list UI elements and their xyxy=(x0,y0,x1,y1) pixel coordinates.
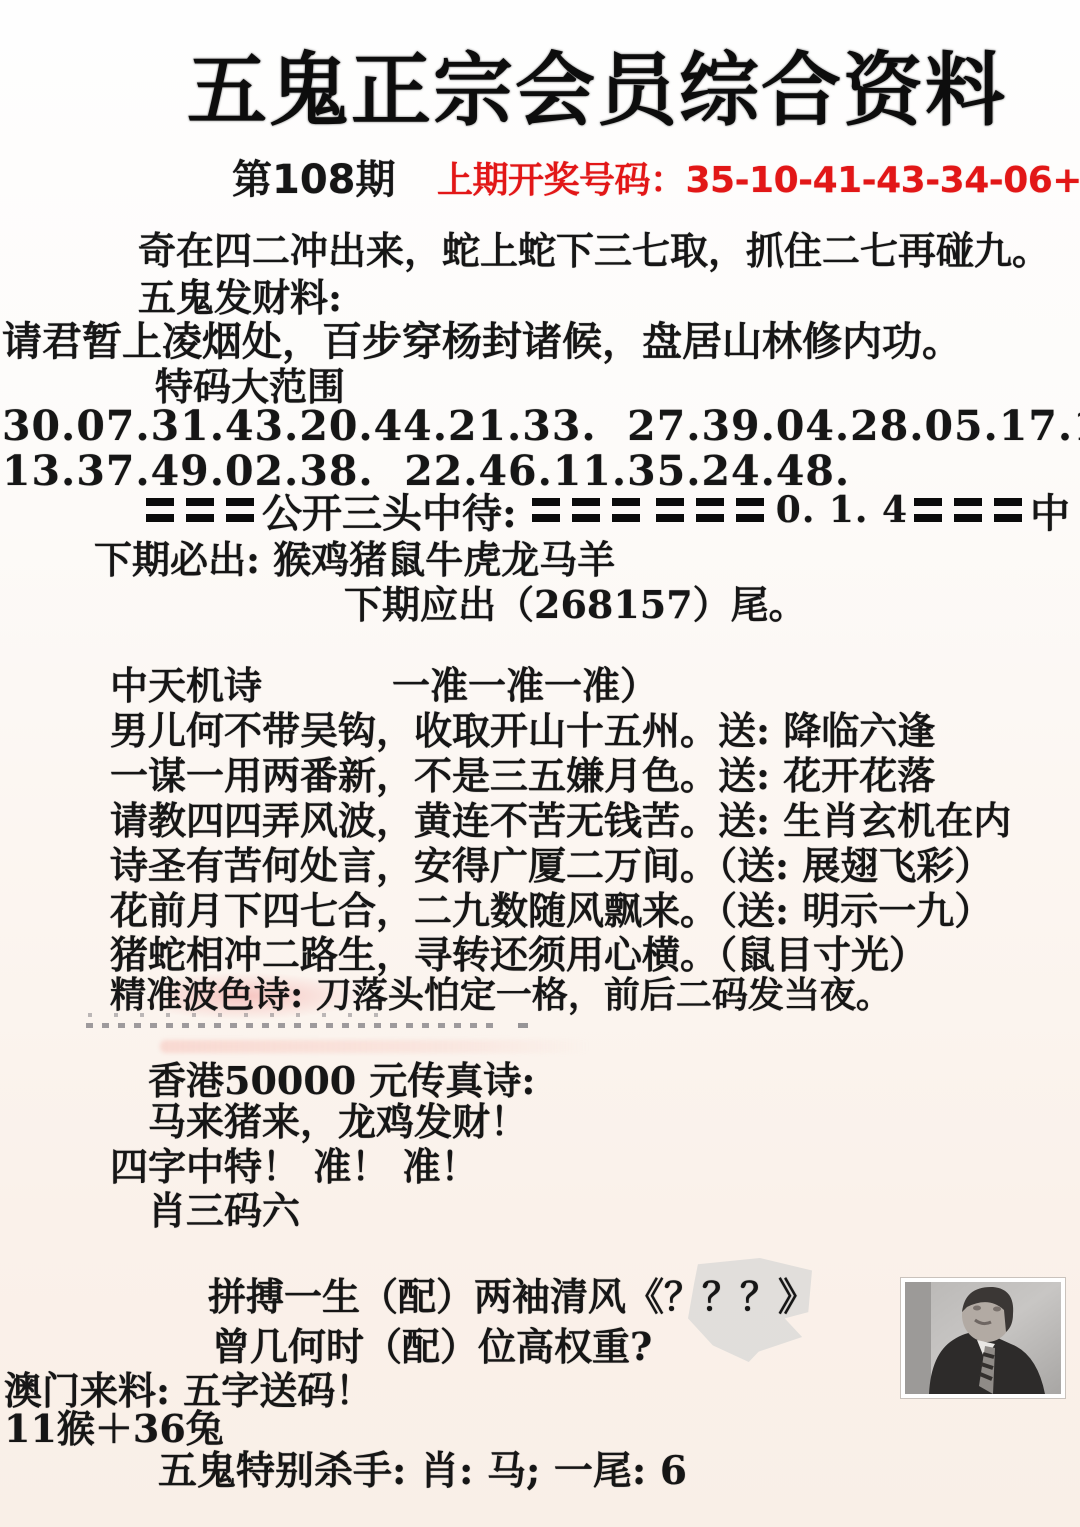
heads-values: 0. 1. 4 xyxy=(776,489,908,531)
issue-number: 第108期 xyxy=(232,158,396,202)
wave-color-line: 精准波色诗: 刀落头怕定一格，前后二码发当夜。 xyxy=(110,976,892,1016)
pair-verse-line1: 拼搏一生（配）两袖清风《？？？》 xyxy=(208,1276,816,1318)
redaction-block-icon xyxy=(186,498,214,522)
redaction-block-icon xyxy=(914,498,942,522)
redaction-block-icon xyxy=(612,498,640,522)
fortune-verse: 请君暂上凌烟处，百步穿杨封诸候，盘居山林修内功。 xyxy=(2,320,962,364)
four-char-special-line: 四字中特！ 准！ 准！ xyxy=(110,1146,478,1188)
erased-text-remnants xyxy=(88,1013,388,1017)
three-xiao-line: 肖三码六 xyxy=(148,1190,300,1232)
hit-suffix: 中 xyxy=(1030,482,1070,539)
sky-poem-line: 花前月下四七合，二九数随风飘来。（送: 明示一九） xyxy=(110,890,992,932)
redacted-block-group xyxy=(656,498,764,522)
sky-poem-line: 男儿何不带吴钩，收取开山十五州。送: 降临六逢 xyxy=(110,710,935,752)
portrait-photo xyxy=(900,1277,1066,1399)
redacted-block-group xyxy=(532,498,640,522)
pink-smear-artifact xyxy=(160,1040,590,1053)
lottery-info-sheet: 五鬼正宗会员综合资料 第108期 上期开奖号码：35-10-41-43-34-0… xyxy=(0,0,1080,1527)
redaction-block-icon xyxy=(146,498,174,522)
redacted-heads-line: 公开三头中待: 0. 1. 4 中 xyxy=(146,489,1070,531)
fortune-label: 五鬼发财料: xyxy=(138,277,342,319)
opening-verse: 奇在四二冲出来，蛇上蛇下三七取，抓住二七再碰九。 xyxy=(138,230,1050,272)
redaction-block-icon xyxy=(994,498,1022,522)
last-draw-numbers: 上期开奖号码：35-10-41-43-34-06+49 xyxy=(437,161,1080,201)
redacted-block-group xyxy=(146,498,254,522)
sky-poem-line: 请教四四弄风波，黄连不苦无钱苦。送: 生肖玄机在内 xyxy=(110,800,1011,842)
redacted-block-group xyxy=(914,498,1022,522)
sky-poem-header: 中天机诗一准一准一准） xyxy=(110,665,658,707)
range-numbers-row1: 30.07.31.43.20.44.21.33. 27.39.04.28.05.… xyxy=(2,404,1080,449)
special-killer-line: 五鬼特别杀手: 肖: 马; 一尾: 6 xyxy=(158,1450,687,1493)
code-pair-line: 11猴＋36兔 xyxy=(4,1408,224,1450)
erased-text-remnants xyxy=(518,1023,528,1028)
redaction-block-icon xyxy=(572,498,600,522)
redaction-block-icon xyxy=(736,498,764,522)
sky-poem-line: 猪蛇相冲二路生，寻转还须用心横。（鼠目寸光） xyxy=(110,934,927,976)
redaction-block-icon xyxy=(226,498,254,522)
hk-fax-title: 香港50000 元传真诗: xyxy=(148,1060,535,1102)
pair-verse-line2: 曾几何时（配）位高权重? xyxy=(212,1326,652,1368)
redaction-block-icon xyxy=(954,498,982,522)
redaction-block-icon xyxy=(656,498,684,522)
portrait-photo-image xyxy=(905,1282,1061,1394)
sky-poem-accuracy: 一准一准一准） xyxy=(392,663,658,708)
sky-poem-line: 诗圣有苦何处言，安得广厦二万间。（送: 展翅飞彩） xyxy=(110,845,992,887)
erased-text-remnants xyxy=(86,1023,501,1028)
redaction-block-icon xyxy=(696,498,724,522)
sky-poem-title: 中天机诗 xyxy=(110,663,262,708)
main-title: 五鬼正宗会员综合资料 xyxy=(187,46,1007,134)
sky-poem-line: 一谋一用两番新，不是三五嫌月色。送: 花开花落 xyxy=(110,755,935,797)
heads-label: 公开三头中待: xyxy=(262,482,517,539)
hk-fax-line: 马来猪来，龙鸡发财！ xyxy=(148,1101,528,1143)
redaction-block-icon xyxy=(532,498,560,522)
next-must-zodiacs: 下期必出: 猴鸡猪鼠牛虎龙马羊 xyxy=(94,539,615,581)
next-should-tails: 下期应出（268157）尾。 xyxy=(344,584,807,626)
